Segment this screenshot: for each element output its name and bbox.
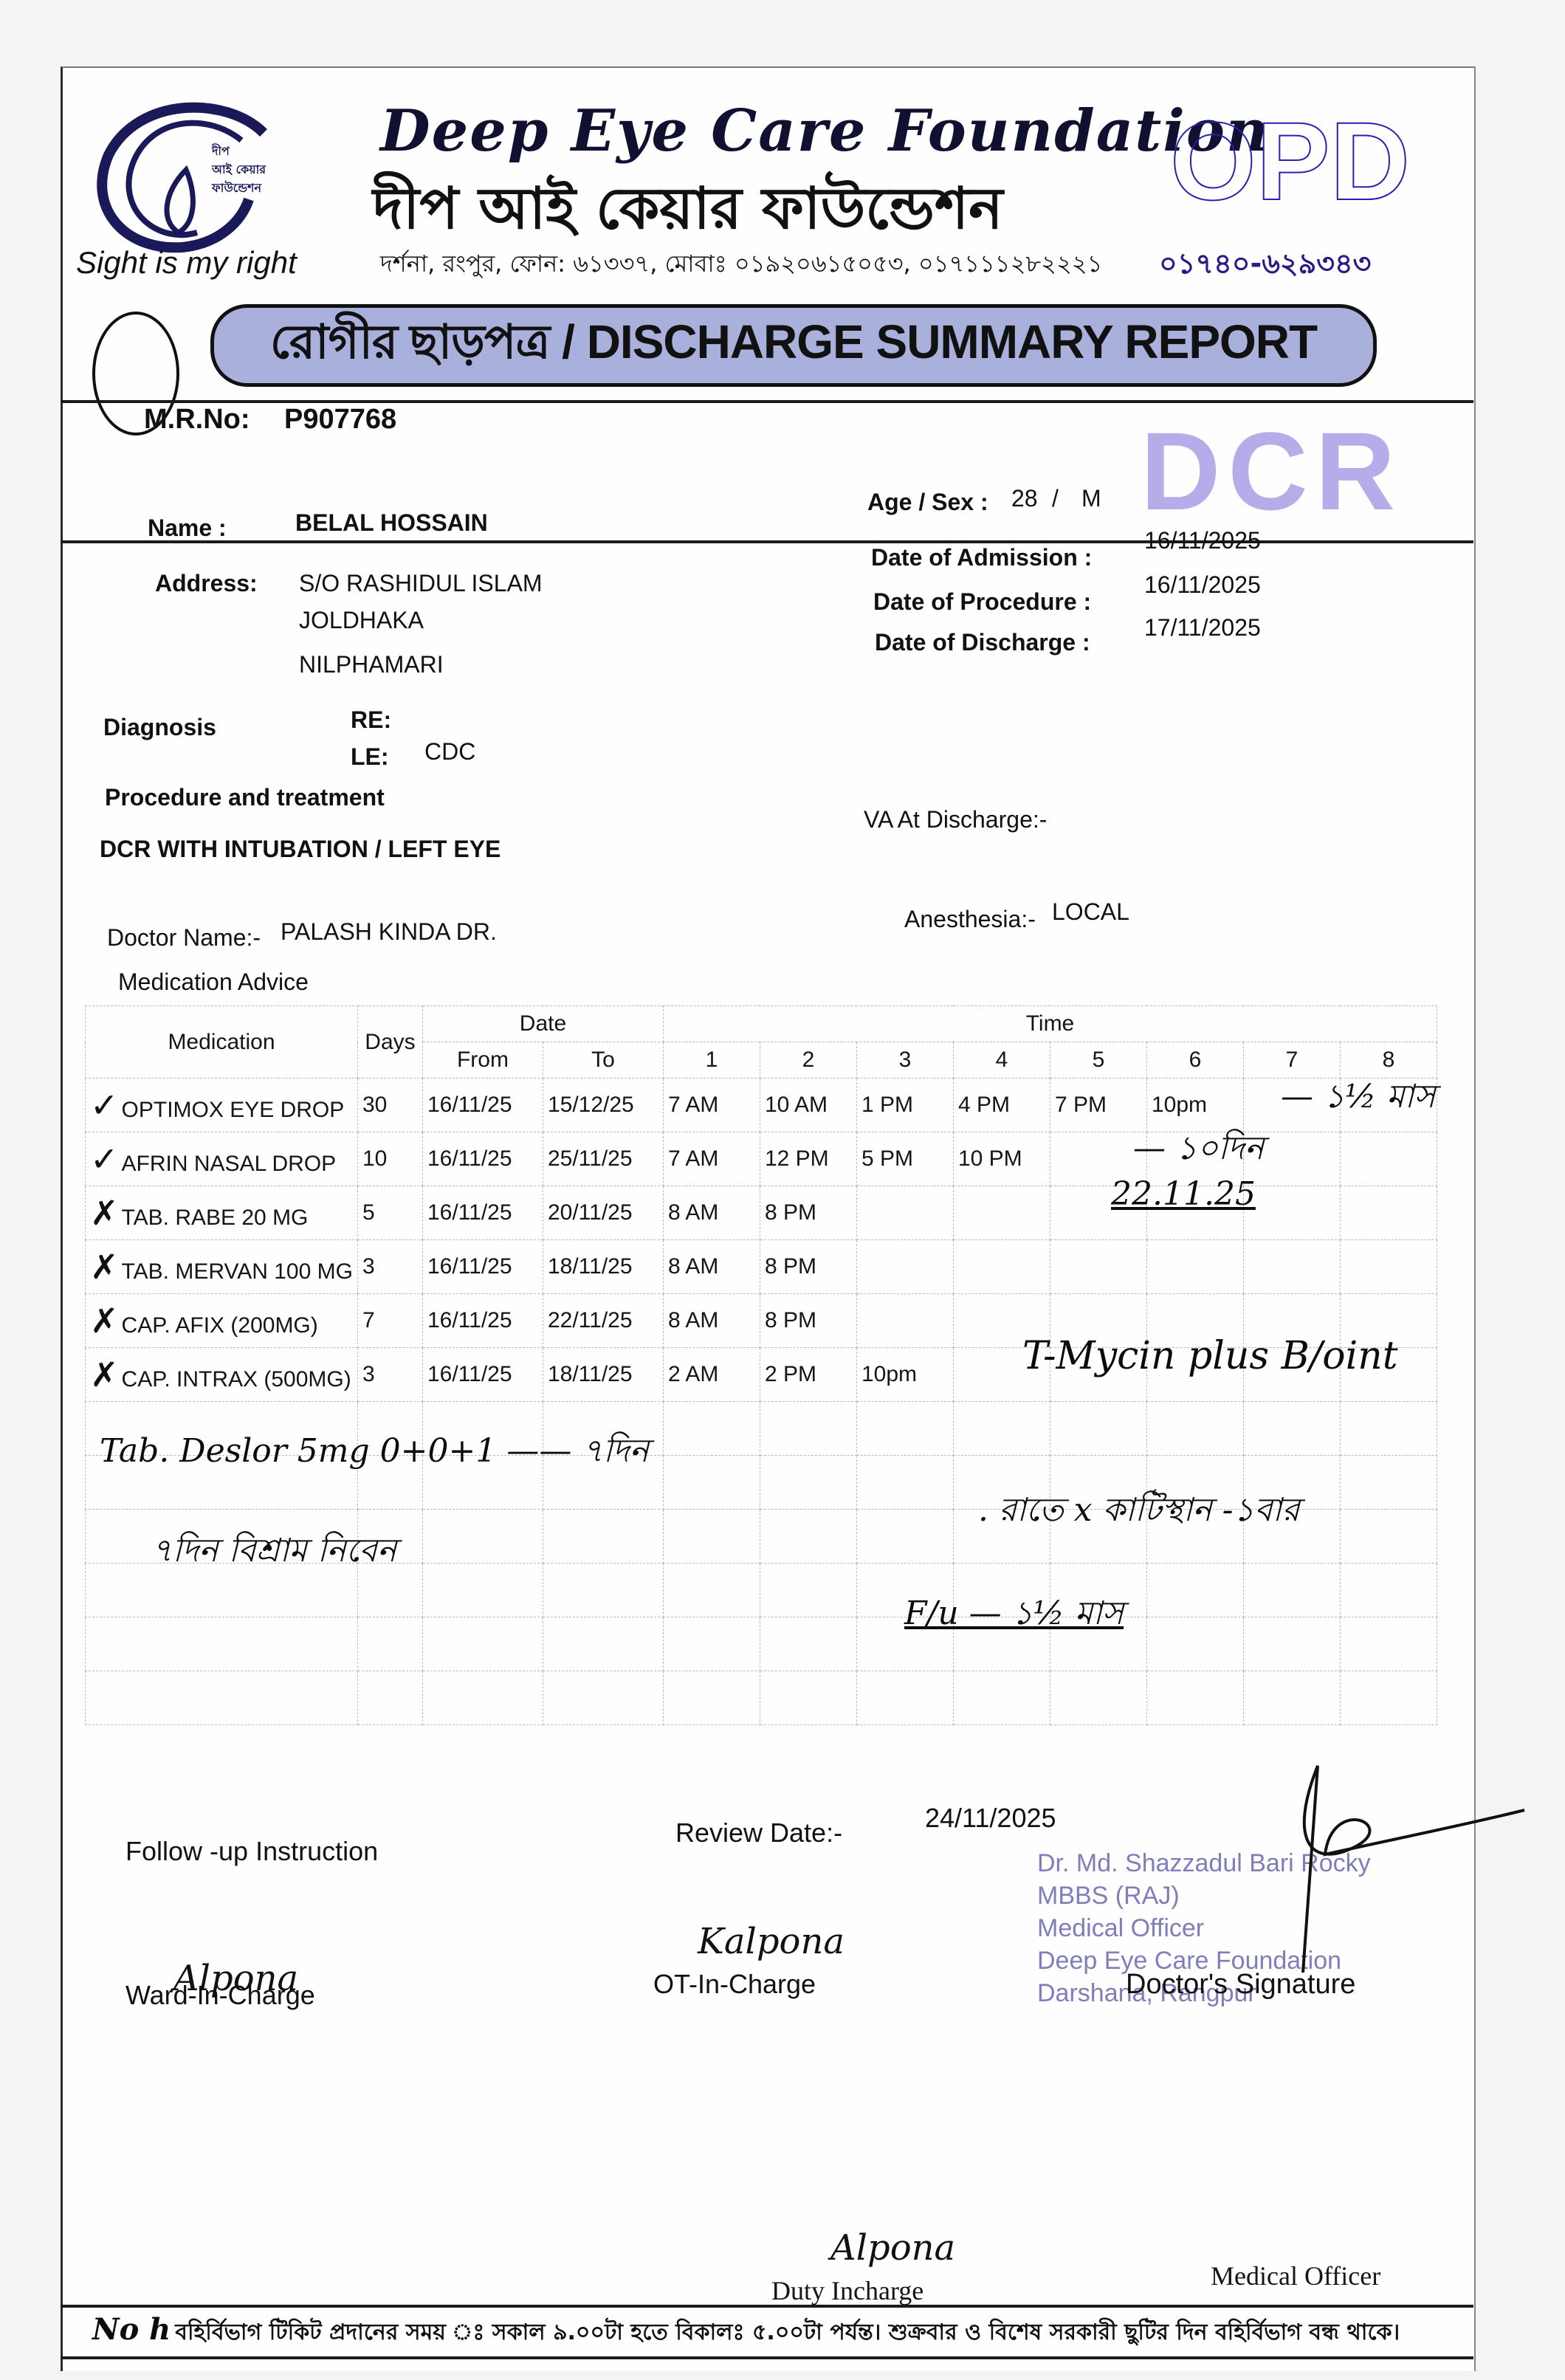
check-mark-icon: ✓ xyxy=(90,1085,119,1125)
check-mark-icon: ✓ xyxy=(90,1139,119,1179)
address-line-1: S/O RASHIDUL ISLAM xyxy=(299,570,543,597)
empty-cell xyxy=(1243,1402,1340,1456)
handwritten-deslor-line: Tab. Deslor 5mg 0+0+1 —— ৭দিন xyxy=(100,1426,649,1480)
cross-mark-icon: ✗ xyxy=(90,1355,119,1394)
medication-time-slot xyxy=(953,1240,1050,1294)
empty-cell xyxy=(1243,1564,1340,1617)
medication-time-slot xyxy=(1050,1240,1146,1294)
handwritten-afrin-duration: — ১০দিন xyxy=(1133,1124,1264,1177)
col-time: Time xyxy=(663,1006,1437,1042)
table-header-row: Medication Days Date Time xyxy=(86,1006,1437,1042)
review-date: 24/11/2025 xyxy=(925,1803,1056,1834)
col-time-slot: 2 xyxy=(760,1042,856,1079)
cross-mark-icon: ✗ xyxy=(90,1247,119,1287)
medication-name-cell: ✓OPTIMOX EYE DROP xyxy=(86,1079,358,1132)
handwritten-rest-line: ৭দিন বিশ্রাম নিবেন xyxy=(151,1526,396,1580)
phone-stamp: ০১৭৪০-৬২৯৩৪৩ xyxy=(1159,242,1371,289)
col-time-slot: 4 xyxy=(953,1042,1050,1079)
col-time-slot: 3 xyxy=(856,1042,953,1079)
diagnosis-label: Diagnosis xyxy=(103,714,216,741)
ot-in-charge-label: OT-In-Charge xyxy=(653,1969,816,2000)
tagline: Sight is my right xyxy=(76,245,297,281)
medication-from: 16/11/25 xyxy=(422,1132,543,1186)
col-to: To xyxy=(543,1042,663,1079)
footer-note-text: বহির্বিভাগ টিকিট প্রদানের সময় ঃ সকাল ৯.… xyxy=(175,2319,1400,2345)
medication-name-cell: ✗TAB. RABE 20 MG xyxy=(86,1186,358,1240)
procedure-date: 16/11/2025 xyxy=(1144,571,1261,599)
cross-mark-icon: ✗ xyxy=(90,1193,119,1233)
empty-cell xyxy=(1050,1671,1146,1725)
ward-in-charge-label: Ward-In-Charge xyxy=(125,1980,315,2011)
col-time-slot: 5 xyxy=(1050,1042,1146,1079)
address-line-2: JOLDHAKA xyxy=(299,607,424,634)
doctor-signature-label: Doctor's Signature xyxy=(1126,1969,1355,2001)
cross-mark-icon: ✗ xyxy=(90,1301,119,1341)
medication-time-slot xyxy=(1340,1186,1437,1240)
report-title: রোগীর ছাড়পত্র / DISCHARGE SUMMARY REPOR… xyxy=(270,306,1317,385)
ot-signature: Kalpona xyxy=(698,1921,845,1962)
empty-cell xyxy=(357,1671,422,1725)
doctor-name: PALASH KINDA DR. xyxy=(281,918,497,946)
empty-cell xyxy=(1340,1456,1437,1510)
medication-time-slot: 10pm xyxy=(856,1348,953,1402)
diagnosis-le-label: LE: xyxy=(351,743,389,771)
medication-time-slot: 10 AM xyxy=(760,1079,856,1132)
medication-time-slot: 8 AM xyxy=(663,1186,760,1240)
medication-time-slot: 2 AM xyxy=(663,1348,760,1402)
empty-cell xyxy=(856,1456,953,1510)
empty-cell xyxy=(422,1671,543,1725)
medication-time-slot: 8 AM xyxy=(663,1240,760,1294)
medication-to: 18/11/25 xyxy=(543,1240,663,1294)
empty-cell xyxy=(1340,1402,1437,1456)
empty-table-row xyxy=(86,1671,1437,1725)
handwritten-followup-line: F/u — ১½ মাস xyxy=(904,1589,1124,1643)
medication-time-slot xyxy=(1340,1132,1437,1186)
empty-cell xyxy=(1243,1617,1340,1671)
handwritten-extra-medication: T-Mycin plus B/oint xyxy=(1022,1334,1398,1378)
svg-text:ফাউন্ডেশন: ফাউন্ডেশন xyxy=(211,180,262,195)
empty-cell xyxy=(663,1510,760,1564)
empty-cell xyxy=(760,1510,856,1564)
procedure-value: DCR WITH INTUBATION / LEFT EYE xyxy=(100,836,501,863)
divider xyxy=(61,540,1473,543)
medication-days: 3 xyxy=(357,1348,422,1402)
admission-label: Date of Admission : xyxy=(871,544,1092,571)
medication-to: 20/11/25 xyxy=(543,1186,663,1240)
empty-cell xyxy=(953,1402,1050,1456)
medication-time-slot: 2 PM xyxy=(760,1348,856,1402)
divider xyxy=(61,400,1473,403)
age-sex-separator: / xyxy=(1052,485,1059,512)
medication-from: 16/11/25 xyxy=(422,1240,543,1294)
name-label: Name : xyxy=(148,515,227,542)
handwritten-catheter-line: . রাতে x কাটিস্থান -১বার xyxy=(978,1485,1300,1539)
empty-cell xyxy=(760,1402,856,1456)
col-time-slot: 1 xyxy=(663,1042,760,1079)
medication-time-slot: 1 PM xyxy=(856,1079,953,1132)
col-medication: Medication xyxy=(86,1006,358,1079)
medication-time-slot xyxy=(856,1294,953,1348)
empty-cell xyxy=(856,1402,953,1456)
medication-advice-label: Medication Advice xyxy=(118,969,309,996)
medication-time-slot: 4 PM xyxy=(953,1079,1050,1132)
col-days: Days xyxy=(357,1006,422,1079)
procedure-label: Procedure and treatment xyxy=(105,784,385,811)
medication-time-slot: 8 PM xyxy=(760,1186,856,1240)
empty-cell xyxy=(86,1671,358,1725)
empty-cell xyxy=(663,1617,760,1671)
medication-time-slot: 7 AM xyxy=(663,1079,760,1132)
medication-time-slot: 8 PM xyxy=(760,1240,856,1294)
empty-cell xyxy=(422,1510,543,1564)
medication-name: TAB. MERVAN 100 MG xyxy=(122,1259,353,1284)
medication-time-slot xyxy=(1146,1240,1243,1294)
footer-divider xyxy=(61,2356,1473,2359)
medication-time-slot: 8 AM xyxy=(663,1294,760,1348)
medication-days: 3 xyxy=(357,1240,422,1294)
medication-from: 16/11/25 xyxy=(422,1348,543,1402)
empty-cell xyxy=(422,1564,543,1617)
diagnosis-le-value: CDC xyxy=(424,738,475,766)
empty-cell xyxy=(86,1617,358,1671)
medication-from: 16/11/25 xyxy=(422,1186,543,1240)
empty-cell xyxy=(1050,1402,1146,1456)
medication-to: 25/11/25 xyxy=(543,1132,663,1186)
empty-cell xyxy=(663,1564,760,1617)
medication-from: 16/11/25 xyxy=(422,1079,543,1132)
admission-date: 16/11/2025 xyxy=(1144,527,1261,554)
footer-divider xyxy=(61,2305,1473,2308)
empty-cell xyxy=(1340,1564,1437,1617)
col-time-slot: 6 xyxy=(1146,1042,1243,1079)
medication-time-slot xyxy=(1340,1240,1437,1294)
patient-sex: M xyxy=(1081,485,1101,512)
medication-days: 10 xyxy=(357,1132,422,1186)
empty-cell xyxy=(663,1402,760,1456)
mr-no-value: P907768 xyxy=(284,404,396,436)
discharge-summary-page: দীপ আই কেয়ার ফাউন্ডেশন Sight is my righ… xyxy=(61,66,1476,2371)
procedure-date-label: Date of Procedure : xyxy=(873,588,1091,616)
opd-stamp: OPD xyxy=(1170,97,1410,225)
medication-time-slot: 7 PM xyxy=(1050,1079,1146,1132)
empty-cell xyxy=(1340,1671,1437,1725)
address-label: Address: xyxy=(155,570,258,597)
medication-time-slot xyxy=(856,1240,953,1294)
medication-from: 16/11/25 xyxy=(422,1294,543,1348)
empty-cell xyxy=(1146,1402,1243,1456)
medication-name-cell: ✗TAB. MERVAN 100 MG xyxy=(86,1240,358,1294)
empty-cell xyxy=(856,1671,953,1725)
medication-name: TAB. RABE 20 MG xyxy=(122,1206,309,1230)
medication-name: OPTIMOX EYE DROP xyxy=(122,1098,345,1122)
medication-time-slot xyxy=(1243,1240,1340,1294)
empty-cell xyxy=(543,1510,663,1564)
medication-time-slot xyxy=(1243,1186,1340,1240)
medication-time-slot: 10 PM xyxy=(953,1132,1050,1186)
medication-time-slot xyxy=(953,1186,1050,1240)
org-name-english: Deep Eye Care Foundation xyxy=(380,97,1270,165)
footer-handwritten-prefix: No h xyxy=(92,2312,171,2347)
empty-cell xyxy=(760,1456,856,1510)
handwritten-date-note: 22.11.25 xyxy=(1111,1175,1256,1213)
medication-time-slot: 7 AM xyxy=(663,1132,760,1186)
medication-name: CAP. AFIX (200MG) xyxy=(122,1313,318,1338)
medication-time-slot: 5 PM xyxy=(856,1132,953,1186)
discharge-date-label: Date of Discharge : xyxy=(875,629,1090,656)
empty-cell xyxy=(1340,1510,1437,1564)
empty-cell xyxy=(543,1617,663,1671)
address-line-3: NILPHAMARI xyxy=(299,651,444,678)
medication-name-cell: ✓AFRIN NASAL DROP xyxy=(86,1132,358,1186)
patient-name: BELAL HOSSAIN xyxy=(295,509,488,537)
followup-label: Follow -up Instruction xyxy=(125,1836,378,1867)
duty-incharge-label: Duty Incharge xyxy=(771,2275,923,2306)
medication-to: 15/12/25 xyxy=(543,1079,663,1132)
col-date: Date xyxy=(422,1006,663,1042)
empty-cell xyxy=(543,1564,663,1617)
empty-cell xyxy=(856,1510,953,1564)
empty-cell xyxy=(357,1617,422,1671)
empty-cell xyxy=(543,1671,663,1725)
report-title-banner: রোগীর ছাড়পত্র / DISCHARGE SUMMARY REPOR… xyxy=(210,304,1377,387)
empty-cell xyxy=(1243,1671,1340,1725)
empty-cell xyxy=(760,1671,856,1725)
anesthesia-label: Anesthesia:- xyxy=(904,906,1036,933)
mr-no-label: M.R.No: xyxy=(144,404,250,436)
eye-flame-logo-icon: দীপ আই কেয়ার ফাউন্ডেশন xyxy=(79,89,300,266)
empty-cell xyxy=(760,1564,856,1617)
medication-name-cell: ✗CAP. AFIX (200MG) xyxy=(86,1294,358,1348)
empty-cell xyxy=(663,1456,760,1510)
empty-cell xyxy=(1146,1671,1243,1725)
medication-days: 5 xyxy=(357,1186,422,1240)
empty-cell xyxy=(760,1617,856,1671)
empty-cell xyxy=(953,1671,1050,1725)
empty-cell xyxy=(663,1671,760,1725)
patient-age: 28 xyxy=(1011,485,1038,512)
handwritten-optimox-duration: — ১½ মাস xyxy=(1281,1072,1435,1126)
diagnosis-re-label: RE: xyxy=(351,706,391,734)
org-address: দর্শনা, রংপুর, ফোন: ৬১৩৩৭, মোবাঃ ০১৯২০৬১… xyxy=(380,245,1102,285)
doctor-name-label: Doctor Name:- xyxy=(107,924,261,952)
procedure-stamp: DCR xyxy=(1141,407,1403,535)
medication-to: 18/11/25 xyxy=(543,1348,663,1402)
empty-cell xyxy=(1146,1617,1243,1671)
review-date-label: Review Date:- xyxy=(675,1817,842,1848)
discharge-date: 17/11/2025 xyxy=(1144,614,1261,642)
medication-to: 22/11/25 xyxy=(543,1294,663,1348)
empty-cell xyxy=(422,1617,543,1671)
empty-table-row xyxy=(86,1617,1437,1671)
svg-text:আই কেয়ার: আই কেয়ার xyxy=(211,162,266,176)
medical-officer-label: Medical Officer xyxy=(1211,2260,1380,2291)
va-discharge-label: VA At Discharge:- xyxy=(864,806,1047,833)
doctor-signature-scribble xyxy=(1244,1751,1554,1987)
medication-name: AFRIN NASAL DROP xyxy=(122,1152,337,1176)
anesthesia-value: LOCAL xyxy=(1052,898,1129,926)
medication-time-slot xyxy=(856,1186,953,1240)
svg-text:দীপ: দীপ xyxy=(211,143,230,158)
medication-time-slot: 8 PM xyxy=(760,1294,856,1348)
medication-days: 30 xyxy=(357,1079,422,1132)
medication-name-cell: ✗CAP. INTRAX (500MG) xyxy=(86,1348,358,1402)
duty-signature: Alpona xyxy=(830,2227,955,2269)
age-sex-label: Age / Sex : xyxy=(867,489,988,516)
footer-note: No hবহির্বিভাগ টিকিট প্রদানের সময় ঃ সকা… xyxy=(92,2312,1400,2352)
medication-name: CAP. INTRAX (500MG) xyxy=(122,1367,351,1392)
medication-time-slot: 12 PM xyxy=(760,1132,856,1186)
table-row: ✗TAB. MERVAN 100 MG316/11/2518/11/258 AM… xyxy=(86,1240,1437,1294)
empty-cell xyxy=(1146,1564,1243,1617)
medication-days: 7 xyxy=(357,1294,422,1348)
col-from: From xyxy=(422,1042,543,1079)
empty-cell xyxy=(1340,1617,1437,1671)
